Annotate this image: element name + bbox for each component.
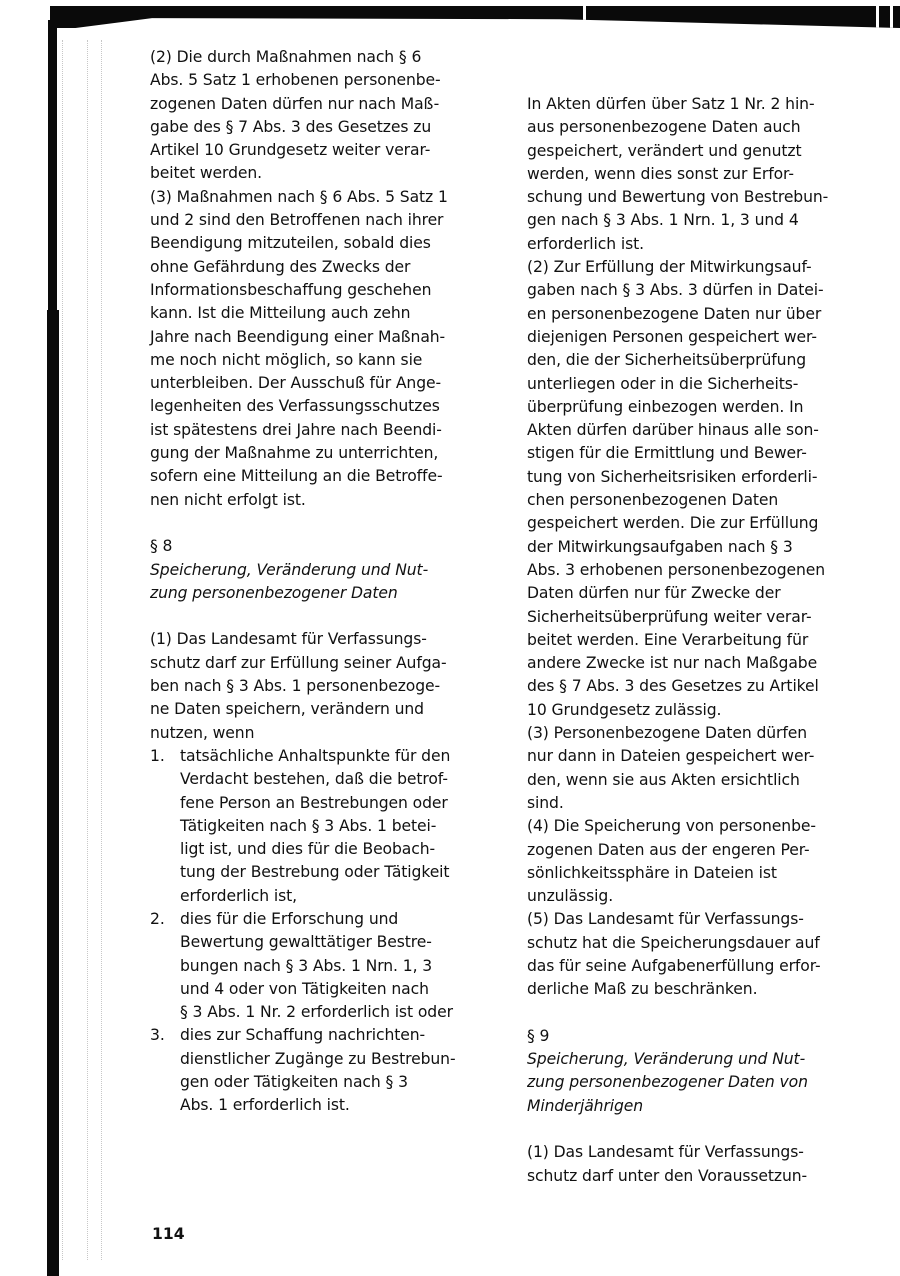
text-line: sind. bbox=[527, 792, 897, 815]
text-line: kann. Ist die Mitteilung auch zehn bbox=[150, 302, 500, 325]
scan-noise bbox=[62, 40, 64, 1260]
text-line: erforderlich ist, bbox=[180, 885, 500, 908]
text-line: werden, wenn dies sonst zur Erfor- bbox=[527, 163, 897, 186]
scan-noise bbox=[101, 40, 103, 1260]
text-line: stigen für die Ermittlung und Bewer- bbox=[527, 442, 897, 465]
text-line: ben nach § 3 Abs. 1 personenbezoge- bbox=[150, 675, 500, 698]
text-line: me noch nicht möglich, so kann sie bbox=[150, 349, 500, 372]
text-line: unzulässig. bbox=[527, 885, 897, 908]
list-number: 3. bbox=[150, 1024, 165, 1047]
text-line: nutzen, wenn bbox=[150, 722, 500, 745]
text-line: (2) Zur Erfüllung der Mitwirkungsauf- bbox=[527, 256, 897, 279]
text-line: en personenbezogene Daten nur über bbox=[527, 303, 897, 326]
text-line: und 2 sind den Betroffenen nach ihrer bbox=[150, 209, 500, 232]
list-item: 3. dies zur Schaffung nachrichten- diens… bbox=[150, 1024, 500, 1117]
text-line: schutz darf unter den Voraussetzun- bbox=[527, 1165, 897, 1188]
text-line: (4) Die Speicherung von personenbe- bbox=[527, 815, 897, 838]
section-number: § 9 bbox=[527, 1025, 897, 1048]
section-title: Minderjährigen bbox=[527, 1095, 897, 1118]
spacer bbox=[150, 605, 500, 628]
text-line: dies zur Schaffung nachrichten- bbox=[180, 1024, 500, 1047]
scan-border-top bbox=[50, 6, 900, 28]
list-number: 1. bbox=[150, 745, 165, 768]
text-line: bungen nach § 3 Abs. 1 Nrn. 1, 3 bbox=[180, 955, 500, 978]
text-line: gung der Maßnahme zu unterrichten, bbox=[150, 442, 500, 465]
text-line: nen nicht erfolgt ist. bbox=[150, 489, 500, 512]
text-line: Beendigung mitzuteilen, sobald dies bbox=[150, 232, 500, 255]
text-line: Bewertung gewalttätiger Bestre- bbox=[180, 931, 500, 954]
list-item: 1. tatsächliche Anhaltspunkte für den Ve… bbox=[150, 745, 500, 908]
text-line: des § 7 Abs. 3 des Gesetzes zu Artikel bbox=[527, 675, 897, 698]
text-line: und 4 oder von Tätigkeiten nach bbox=[180, 978, 500, 1001]
text-line: tatsächliche Anhaltspunkte für den bbox=[180, 745, 500, 768]
text-line: beitet werden. Eine Verarbeitung für bbox=[527, 629, 897, 652]
text-line: schutz hat die Speicherungsdauer auf bbox=[527, 932, 897, 955]
text-line: diejenigen Personen gespeichert wer- bbox=[527, 326, 897, 349]
paragraph-3: (3) Personenbezogene Daten dürfen nur da… bbox=[527, 722, 897, 815]
text-line: (3) Personenbezogene Daten dürfen bbox=[527, 722, 897, 745]
text-line: ne Daten speichern, verändern und bbox=[150, 698, 500, 721]
spacer bbox=[150, 512, 500, 535]
paragraph-1-continued: In Akten dürfen über Satz 1 Nr. 2 hin- a… bbox=[527, 93, 897, 256]
page-number: 114 bbox=[152, 1225, 185, 1243]
text-line: chen personenbezogenen Daten bbox=[527, 489, 897, 512]
text-line: (1) Das Landesamt für Verfassungs- bbox=[150, 628, 500, 651]
text-line: gen nach § 3 Abs. 1 Nrn. 1, 3 und 4 bbox=[527, 209, 897, 232]
text-line: (5) Das Landesamt für Verfassungs- bbox=[527, 908, 897, 931]
section-title: Speicherung, Veränderung und Nut- bbox=[150, 559, 500, 582]
text-line: Daten dürfen nur für Zwecke der bbox=[527, 582, 897, 605]
text-line: gabe des § 7 Abs. 3 des Gesetzes zu bbox=[150, 116, 500, 139]
scan-gap bbox=[583, 6, 586, 28]
text-line: Artikel 10 Grundgesetz weiter verar- bbox=[150, 139, 500, 162]
paragraph-2: (2) Zur Erfüllung der Mitwirkungsauf- ga… bbox=[527, 256, 897, 722]
text-line: Abs. 1 erforderlich ist. bbox=[180, 1094, 500, 1117]
text-line: gespeichert werden. Die zur Erfüllung bbox=[527, 512, 897, 535]
scan-binding-edge-lower bbox=[47, 310, 59, 1276]
text-line: ohne Gefährdung des Zwecks der bbox=[150, 256, 500, 279]
text-line: dienstlicher Zugänge zu Bestrebun- bbox=[180, 1048, 500, 1071]
right-column: In Akten dürfen über Satz 1 Nr. 2 hin- a… bbox=[527, 93, 897, 1188]
text-line: den, die der Sicherheitsüberprüfung bbox=[527, 349, 897, 372]
text-line: schung und Bewertung von Bestrebun- bbox=[527, 186, 897, 209]
text-line: (1) Das Landesamt für Verfassungs- bbox=[527, 1141, 897, 1164]
text-line: zogenen Daten aus der engeren Per- bbox=[527, 839, 897, 862]
section-number: § 8 bbox=[150, 535, 500, 558]
text-line: derliche Maß zu beschränken. bbox=[527, 978, 897, 1001]
text-line: Informationsbeschaffung geschehen bbox=[150, 279, 500, 302]
text-line: dies für die Erforschung und bbox=[180, 908, 500, 931]
paragraph-5: (5) Das Landesamt für Verfassungs- schut… bbox=[527, 908, 897, 1001]
text-line: zogenen Daten dürfen nur nach Maß- bbox=[150, 93, 500, 116]
paragraph-2: (2) Die durch Maßnahmen nach § 6 Abs. 5 … bbox=[150, 46, 500, 186]
text-line: Abs. 3 erhobenen personenbezogenen bbox=[527, 559, 897, 582]
text-line: (2) Die durch Maßnahmen nach § 6 bbox=[150, 46, 500, 69]
scan-gap bbox=[890, 6, 893, 28]
text-line: erforderlich ist. bbox=[527, 233, 897, 256]
text-line: beitet werden. bbox=[150, 162, 500, 185]
section-9-heading: § 9 Speicherung, Veränderung und Nut- zu… bbox=[527, 1025, 897, 1118]
section-title: zung personenbezogener Daten von bbox=[527, 1071, 897, 1094]
list-item: 2. dies für die Erforschung und Bewertun… bbox=[150, 908, 500, 1024]
text-line: tung von Sicherheitsrisiken erforderli- bbox=[527, 466, 897, 489]
text-line: In Akten dürfen über Satz 1 Nr. 2 hin- bbox=[527, 93, 897, 116]
text-line: sönlichkeitssphäre in Dateien ist bbox=[527, 862, 897, 885]
text-line: gespeichert, verändert und genutzt bbox=[527, 140, 897, 163]
scan-gap bbox=[876, 6, 879, 28]
text-line: gen oder Tätigkeiten nach § 3 bbox=[180, 1071, 500, 1094]
text-line: Abs. 5 Satz 1 erhobenen personenbe- bbox=[150, 69, 500, 92]
paragraph-3: (3) Maßnahmen nach § 6 Abs. 5 Satz 1 und… bbox=[150, 186, 500, 512]
text-line: aus personenbezogene Daten auch bbox=[527, 116, 897, 139]
text-line: (3) Maßnahmen nach § 6 Abs. 5 Satz 1 bbox=[150, 186, 500, 209]
text-line: § 3 Abs. 1 Nr. 2 erforderlich ist oder bbox=[180, 1001, 500, 1024]
spacer bbox=[527, 1002, 897, 1025]
section-title: Speicherung, Veränderung und Nut- bbox=[527, 1048, 897, 1071]
text-line: der Mitwirkungsaufgaben nach § 3 bbox=[527, 536, 897, 559]
left-column: (2) Die durch Maßnahmen nach § 6 Abs. 5 … bbox=[150, 46, 500, 1118]
text-line: den, wenn sie aus Akten ersichtlich bbox=[527, 769, 897, 792]
text-line: Tätigkeiten nach § 3 Abs. 1 betei- bbox=[180, 815, 500, 838]
text-line: Akten dürfen darüber hinaus alle son- bbox=[527, 419, 897, 442]
section-9-paragraph-1: (1) Das Landesamt für Verfassungs- schut… bbox=[527, 1141, 897, 1188]
text-line: unterbleiben. Der Ausschuß für Ange- bbox=[150, 372, 500, 395]
section-8-paragraph-1: (1) Das Landesamt für Verfassungs- schut… bbox=[150, 628, 500, 744]
text-line: legenheiten des Verfassungsschutzes bbox=[150, 395, 500, 418]
text-line: Verdacht bestehen, daß die betrof- bbox=[180, 768, 500, 791]
text-line: 10 Grundgesetz zulässig. bbox=[527, 699, 897, 722]
text-line: Jahre nach Beendigung einer Maßnah- bbox=[150, 326, 500, 349]
list-number: 2. bbox=[150, 908, 165, 931]
text-line: fene Person an Bestrebungen oder bbox=[180, 792, 500, 815]
text-line: ist spätestens drei Jahre nach Beendi- bbox=[150, 419, 500, 442]
section-8-heading: § 8 Speicherung, Veränderung und Nut- zu… bbox=[150, 535, 500, 605]
numbered-list: 1. tatsächliche Anhaltspunkte für den Ve… bbox=[150, 745, 500, 1118]
text-line: andere Zwecke ist nur nach Maßgabe bbox=[527, 652, 897, 675]
text-line: überprüfung einbezogen werden. In bbox=[527, 396, 897, 419]
scan-noise bbox=[87, 40, 89, 1260]
text-line: sofern eine Mitteilung an die Betroffe- bbox=[150, 465, 500, 488]
text-line: Sicherheitsüberprüfung weiter verar- bbox=[527, 606, 897, 629]
text-line: ligt ist, und dies für die Beobach- bbox=[180, 838, 500, 861]
text-line: nur dann in Dateien gespeichert wer- bbox=[527, 745, 897, 768]
spacer bbox=[527, 1118, 897, 1141]
section-title: zung personenbezogener Daten bbox=[150, 582, 500, 605]
paragraph-4: (4) Die Speicherung von personenbe- zoge… bbox=[527, 815, 897, 908]
text-line: schutz darf zur Erfüllung seiner Aufga- bbox=[150, 652, 500, 675]
text-line: gaben nach § 3 Abs. 3 dürfen in Datei- bbox=[527, 279, 897, 302]
text-line: unterliegen oder in die Sicherheits- bbox=[527, 373, 897, 396]
text-line: tung der Bestrebung oder Tätigkeit bbox=[180, 861, 500, 884]
text-line: das für seine Aufgabenerfüllung erfor- bbox=[527, 955, 897, 978]
